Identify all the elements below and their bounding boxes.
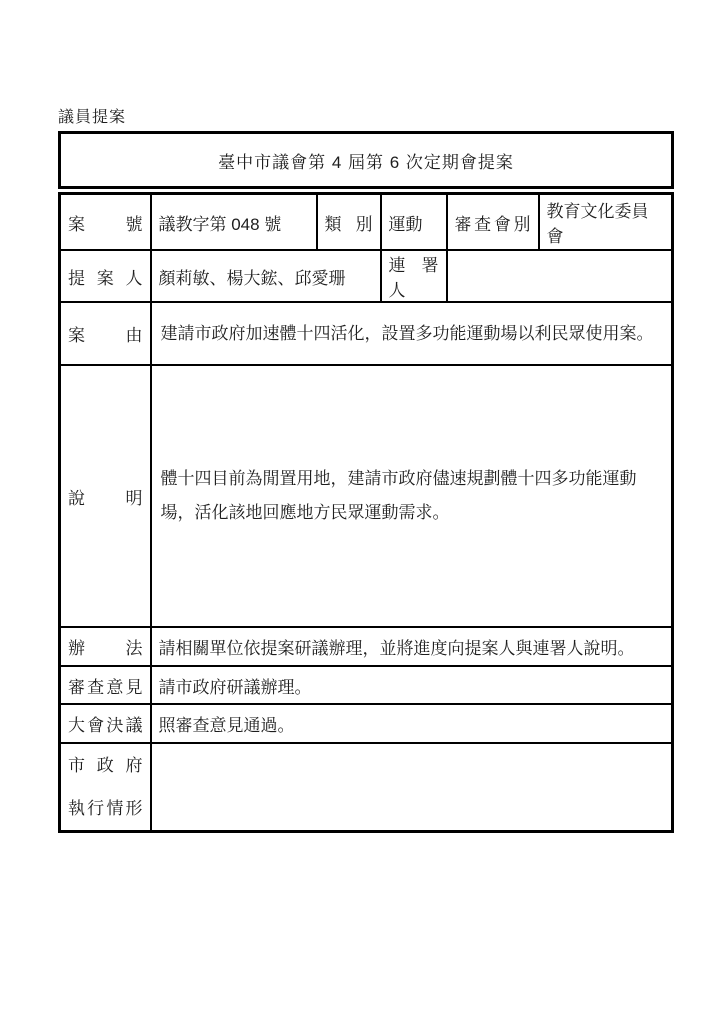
explanation-label: 說明 <box>60 365 151 627</box>
document-type-label: 議員提案 <box>58 104 126 127</box>
method-label: 辦法 <box>60 627 151 666</box>
implementation-label-line2: 執行情形 <box>68 787 143 830</box>
review-committee-label: 審查會別 <box>447 191 539 251</box>
document-page: 議員提案 臺中市議會第 4 屆第 6 次定期會提案 案號 議教字第 048 號 … <box>0 0 724 1024</box>
implementation-label: 市政府 執行情形 <box>60 743 151 832</box>
review-opinion-label: 審查意見 <box>60 666 151 704</box>
case-number-label: 案號 <box>60 191 151 251</box>
category-label: 類別 <box>317 191 381 251</box>
implementation-label-line1: 市政府 <box>68 744 143 787</box>
review-opinion-value: 請市政府研議辦理。 <box>151 666 673 704</box>
review-committee-value: 教育文化委員會 <box>539 191 673 251</box>
proposer-row: 提案人 顏莉敏、楊大鋐、邱愛珊 連署人 <box>60 250 673 302</box>
co-signers-value <box>447 250 673 302</box>
subject-label: 案由 <box>60 302 151 365</box>
explanation-value: 體十四目前為閒置用地，建請市政府儘速規劃體十四多功能運動場，活化該地回應地方民眾… <box>151 365 673 627</box>
assembly-resolution-row: 大會決議 照審查意見通過。 <box>60 704 673 743</box>
review-opinion-row: 審查意見 請市政府研議辦理。 <box>60 666 673 704</box>
assembly-resolution-label: 大會決議 <box>60 704 151 743</box>
case-number-value: 議教字第 048 號 <box>151 191 317 251</box>
case-number-row: 案號 議教字第 048 號 類別 運動 審查會別 教育文化委員會 <box>60 191 673 251</box>
implementation-row: 市政府 執行情形 <box>60 743 673 832</box>
form-title: 臺中市議會第 4 屆第 6 次定期會提案 <box>60 133 673 191</box>
title-row: 臺中市議會第 4 屆第 6 次定期會提案 <box>60 133 673 191</box>
co-signers-label: 連署人 <box>381 250 447 302</box>
explanation-row: 說明 體十四目前為閒置用地，建請市政府儘速規劃體十四多功能運動場，活化該地回應地… <box>60 365 673 627</box>
proposal-form-table: 臺中市議會第 4 屆第 6 次定期會提案 案號 議教字第 048 號 類別 運動… <box>58 131 674 833</box>
subject-value: 建請市政府加速體十四活化，設置多功能運動場以利民眾使用案。 <box>151 302 673 365</box>
subject-row: 案由 建請市政府加速體十四活化，設置多功能運動場以利民眾使用案。 <box>60 302 673 365</box>
method-row: 辦法 請相關單位依提案研議辦理，並將進度向提案人與連署人說明。 <box>60 627 673 666</box>
proposers-value: 顏莉敏、楊大鋐、邱愛珊 <box>151 250 381 302</box>
category-value: 運動 <box>381 191 447 251</box>
method-value: 請相關單位依提案研議辦理，並將進度向提案人與連署人說明。 <box>151 627 673 666</box>
proposers-label: 提案人 <box>60 250 151 302</box>
assembly-resolution-value: 照審查意見通過。 <box>151 704 673 743</box>
implementation-value <box>151 743 673 832</box>
